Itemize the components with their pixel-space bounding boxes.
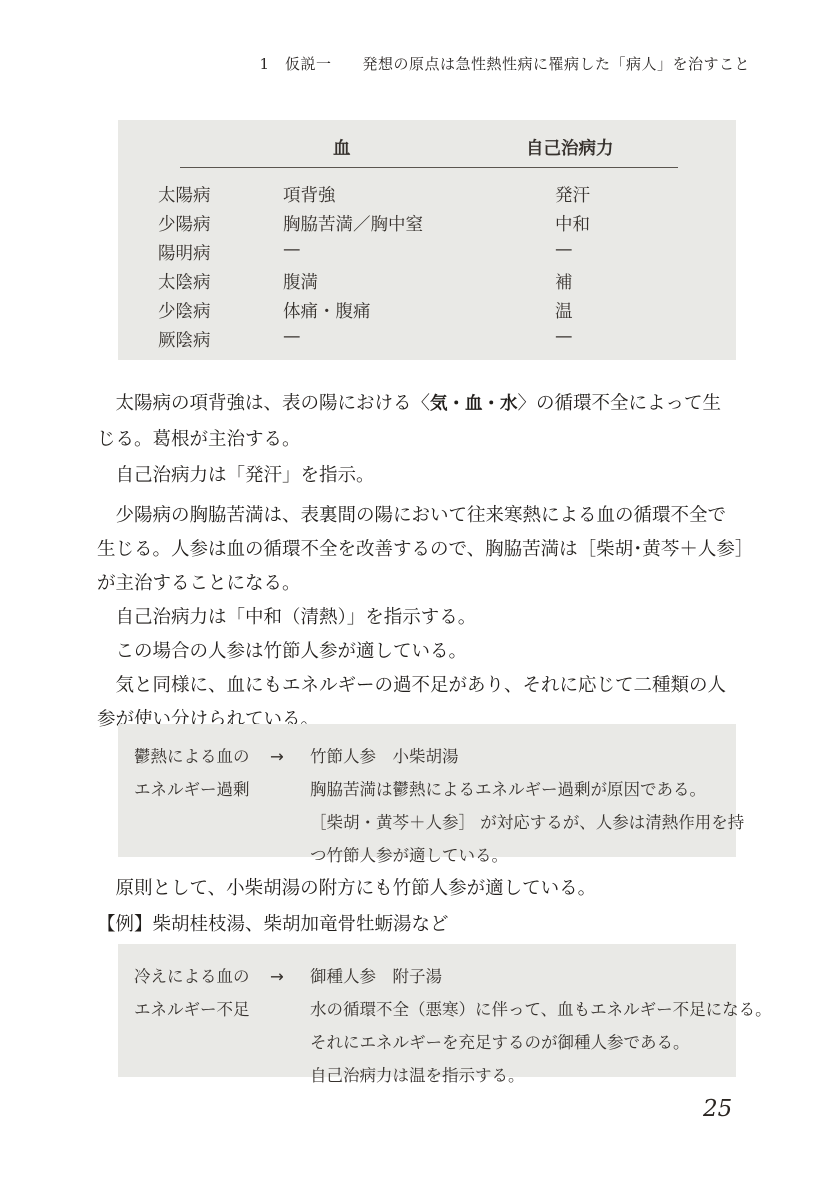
table-row: 厥陰病—— bbox=[118, 327, 736, 351]
text-line: 自己治病力は「中和（清熱）」を指示する。 bbox=[97, 601, 753, 635]
text-line: 太陽病の項背強は、表の陽における〈気・血・水〉の循環不全によって生 bbox=[97, 386, 721, 422]
info-box-energy-deficiency: 冷えによる血のエネルギー不足 → 御種人参 附子湯水の循環不全（悪寒）に伴って、… bbox=[118, 944, 736, 1077]
info-box-energy-excess: 鬱熱による血のエネルギー過剰 → 竹節人参 小柴胡湯胸脇苦満は鬱熱によるエネルギ… bbox=[118, 724, 736, 857]
table-row: 陽明病—— bbox=[118, 240, 736, 264]
table-row: 太陰病腹満補 bbox=[118, 269, 736, 293]
six-syndrome-table: 血 自己治病力 太陽病項背強発汗少陽病胸脇苦満／胸中窒中和陽明病——太陰病腹満補… bbox=[118, 120, 736, 360]
cell-blood: 項背強 bbox=[283, 182, 336, 207]
cell-self-healing: 補 bbox=[555, 269, 573, 294]
paragraph-taiyobyo: 太陽病の項背強は、表の陽における〈気・血・水〉の循環不全によって生じる。葛根が主… bbox=[97, 386, 721, 494]
text-line: 気と同様に、血にもエネルギーの過不足があり、それに応じて二種類の人 bbox=[97, 669, 753, 703]
text-line: 原則として、小柴胡湯の附方にも竹節人参が適している。 bbox=[97, 871, 596, 907]
cell-self-healing: — bbox=[555, 240, 573, 260]
cell-self-healing: 発汗 bbox=[555, 182, 590, 207]
text-line: 少陽病の胸脇苦満は、表裏間の陽において往来寒熱による血の循環不全で bbox=[97, 499, 753, 533]
cell-syndrome: 太陰病 bbox=[158, 269, 211, 294]
table-header-blood: 血 bbox=[333, 135, 351, 160]
table-row: 少陽病胸脇苦満／胸中窒中和 bbox=[118, 211, 736, 235]
table-header-self-healing: 自己治病力 bbox=[526, 135, 614, 160]
box-label: 鬱熱による血のエネルギー過剰 bbox=[134, 740, 250, 806]
box-label: 冷えによる血のエネルギー不足 bbox=[134, 960, 250, 1026]
text-line: 水の循環不全（悪寒）に伴って、血もエネルギー不足になる。 bbox=[310, 993, 772, 1026]
book-page: 1 仮説一 発想の原点は急性熱性病に罹病した「病人」を治すこと 血 自己治病力 … bbox=[0, 0, 830, 1178]
box-content: 竹節人参 小柴胡湯胸脇苦満は鬱熱によるエネルギー過剰が原因である。［柴胡・黄芩＋… bbox=[310, 740, 744, 872]
text-line: ［柴胡・黄芩＋人参］ が対応するが、人参は清熱作用を持 bbox=[310, 806, 744, 839]
cell-syndrome: 厥陰病 bbox=[158, 327, 211, 352]
cell-blood: — bbox=[283, 240, 301, 260]
cell-blood: 体痛・腹痛 bbox=[283, 298, 371, 323]
cell-self-healing: 中和 bbox=[555, 211, 590, 236]
running-header: 1 仮説一 発想の原点は急性熱性病に罹病した「病人」を治すこと bbox=[259, 53, 750, 74]
cell-blood: 胸脇苦満／胸中窒 bbox=[283, 211, 423, 236]
text-line: エネルギー過剰 bbox=[134, 773, 250, 806]
text-line: それにエネルギーを充足するのが御種人参である。 bbox=[310, 1026, 772, 1059]
box-content: 御種人参 附子湯水の循環不全（悪寒）に伴って、血もエネルギー不足になる。それにエ… bbox=[310, 960, 772, 1092]
arrow-icon: → bbox=[270, 960, 284, 993]
cell-self-healing: 温 bbox=[555, 298, 573, 323]
text-line: 鬱熱による血の bbox=[134, 740, 250, 773]
text-line: 自己治病力は「発汗」を指示。 bbox=[97, 458, 721, 494]
table-row: 少陰病体痛・腹痛温 bbox=[118, 298, 736, 322]
text-line: 【例】柴胡桂枝湯、柴胡加竜骨牡蛎湯など bbox=[97, 907, 596, 943]
text-line: つ竹節人参が適している。 bbox=[310, 839, 744, 872]
text-line: 胸脇苦満は鬱熱によるエネルギー過剰が原因である。 bbox=[310, 773, 744, 806]
cell-blood: 腹満 bbox=[283, 269, 318, 294]
page-number: 25 bbox=[703, 1096, 732, 1122]
text-line: この場合の人参は竹節人参が適している。 bbox=[97, 635, 753, 669]
text-line: 冷えによる血の bbox=[134, 960, 250, 993]
text-line: 生じる。人参は血の循環不全を改善するので、胸脇苦満は［柴胡･黄芩＋人参］ bbox=[97, 533, 753, 567]
table-header-rule bbox=[180, 167, 678, 168]
text-line: 竹節人参 小柴胡湯 bbox=[310, 740, 744, 773]
paragraph-shoyobyo: 少陽病の胸脇苦満は、表裏間の陽において往来寒熱による血の循環不全で生じる。人参は… bbox=[97, 499, 753, 737]
arrow-icon: → bbox=[270, 740, 284, 773]
paragraph-principle: 原則として、小柴胡湯の附方にも竹節人参が適している。【例】柴胡桂枝湯、柴胡加竜骨… bbox=[97, 871, 596, 943]
cell-syndrome: 陽明病 bbox=[158, 240, 211, 265]
cell-syndrome: 少陰病 bbox=[158, 298, 211, 323]
cell-blood: — bbox=[283, 327, 301, 347]
cell-self-healing: — bbox=[555, 327, 573, 347]
text-line: エネルギー不足 bbox=[134, 993, 250, 1026]
cell-syndrome: 太陽病 bbox=[158, 182, 211, 207]
table-row: 太陽病項背強発汗 bbox=[118, 182, 736, 206]
cell-syndrome: 少陽病 bbox=[158, 211, 211, 236]
text-line: が主治することになる。 bbox=[97, 567, 753, 601]
text-line: じる。葛根が主治する。 bbox=[97, 422, 721, 458]
text-line: 自己治病力は温を指示する。 bbox=[310, 1059, 772, 1092]
text-line: 御種人参 附子湯 bbox=[310, 960, 772, 993]
